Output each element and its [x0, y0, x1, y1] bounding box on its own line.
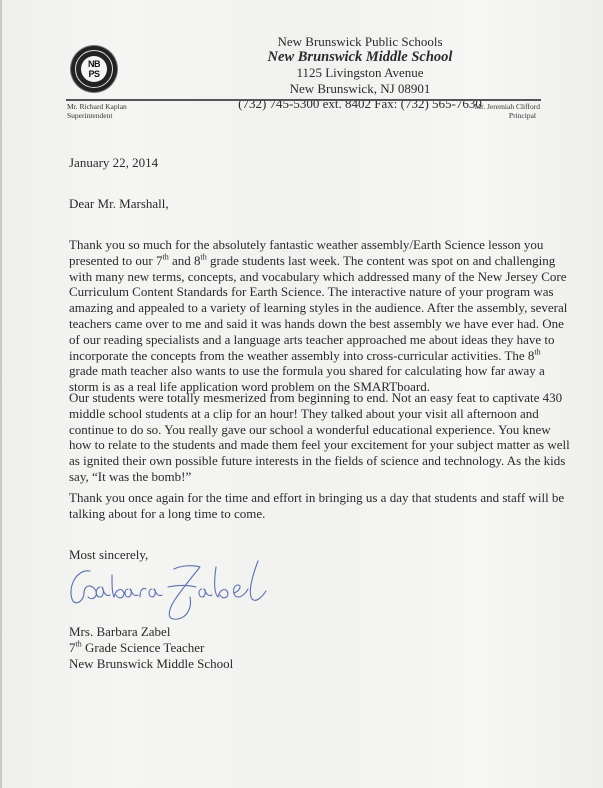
principal-block: Mr. Jeremiah Clifford Principal — [446, 102, 540, 120]
letterhead-divider — [66, 99, 541, 101]
superintendent-name: Mr. Richard Kaplan — [67, 102, 127, 111]
text-line: continue to do so. You really gave our s… — [69, 422, 589, 438]
page-edge — [0, 0, 2, 788]
handwritten-signature — [62, 557, 282, 627]
school-name: New Brunswick Middle School — [200, 50, 520, 66]
letter-page: NBPS New Brunswick Public Schools New Br… — [0, 0, 603, 788]
district-seal-icon: NBPS — [71, 46, 117, 92]
superintendent-title: Superintendent — [67, 111, 127, 120]
address-line-2: New Brunswick, NJ 08901 — [200, 81, 520, 97]
text-line: say, “It was the bomb!” — [69, 469, 589, 485]
signer-name: Mrs. Barbara Zabel — [69, 624, 233, 640]
text-line: Thank you so much for the absolutely fan… — [69, 237, 589, 253]
seal-monogram: NBPS — [81, 56, 107, 82]
salutation: Dear Mr. Marshall, — [69, 196, 169, 212]
signer-block: Mrs. Barbara Zabel 7th Grade Science Tea… — [69, 624, 233, 672]
text-line: talking about for a long time to come. — [69, 506, 589, 522]
text-line: presented to our 7th and 8th grade stude… — [69, 253, 589, 269]
text-line: of our reading specialists and a languag… — [69, 332, 589, 348]
superintendent-block: Mr. Richard Kaplan Superintendent — [67, 102, 127, 120]
signer-school: New Brunswick Middle School — [69, 656, 233, 672]
signer-title: 7th Grade Science Teacher — [69, 640, 233, 656]
text-line: how to relate to the students and made t… — [69, 437, 589, 453]
text-line: amazing and appealed to a variety of lea… — [69, 300, 589, 316]
text-line: teachers came over to me and said it was… — [69, 316, 589, 332]
principal-title: Principal — [446, 111, 540, 120]
text-line: Curriculum Content Standards for Earth S… — [69, 284, 589, 300]
text-line: Thank you once again for the time and ef… — [69, 490, 589, 506]
text-line: grade math teacher also wants to use the… — [69, 363, 589, 379]
text-line: with many new terms, concepts, and vocab… — [69, 269, 589, 285]
text-line: as ignited their own possible future int… — [69, 453, 589, 469]
text-line: middle school students at a clip for an … — [69, 406, 589, 422]
district-name: New Brunswick Public Schools — [200, 34, 520, 50]
letter-date: January 22, 2014 — [69, 155, 158, 171]
text-line: Our students were totally mesmerized fro… — [69, 390, 589, 406]
principal-name: Mr. Jeremiah Clifford — [446, 102, 540, 111]
address-line-1: 1125 Livingston Avenue — [200, 65, 520, 81]
body-paragraph-3: Thank you once again for the time and ef… — [69, 490, 589, 522]
body-paragraph-1: Thank you so much for the absolutely fan… — [69, 237, 589, 395]
body-paragraph-2: Our students were totally mesmerized fro… — [69, 390, 589, 485]
text-line: incorporate the concepts from the weathe… — [69, 348, 589, 364]
